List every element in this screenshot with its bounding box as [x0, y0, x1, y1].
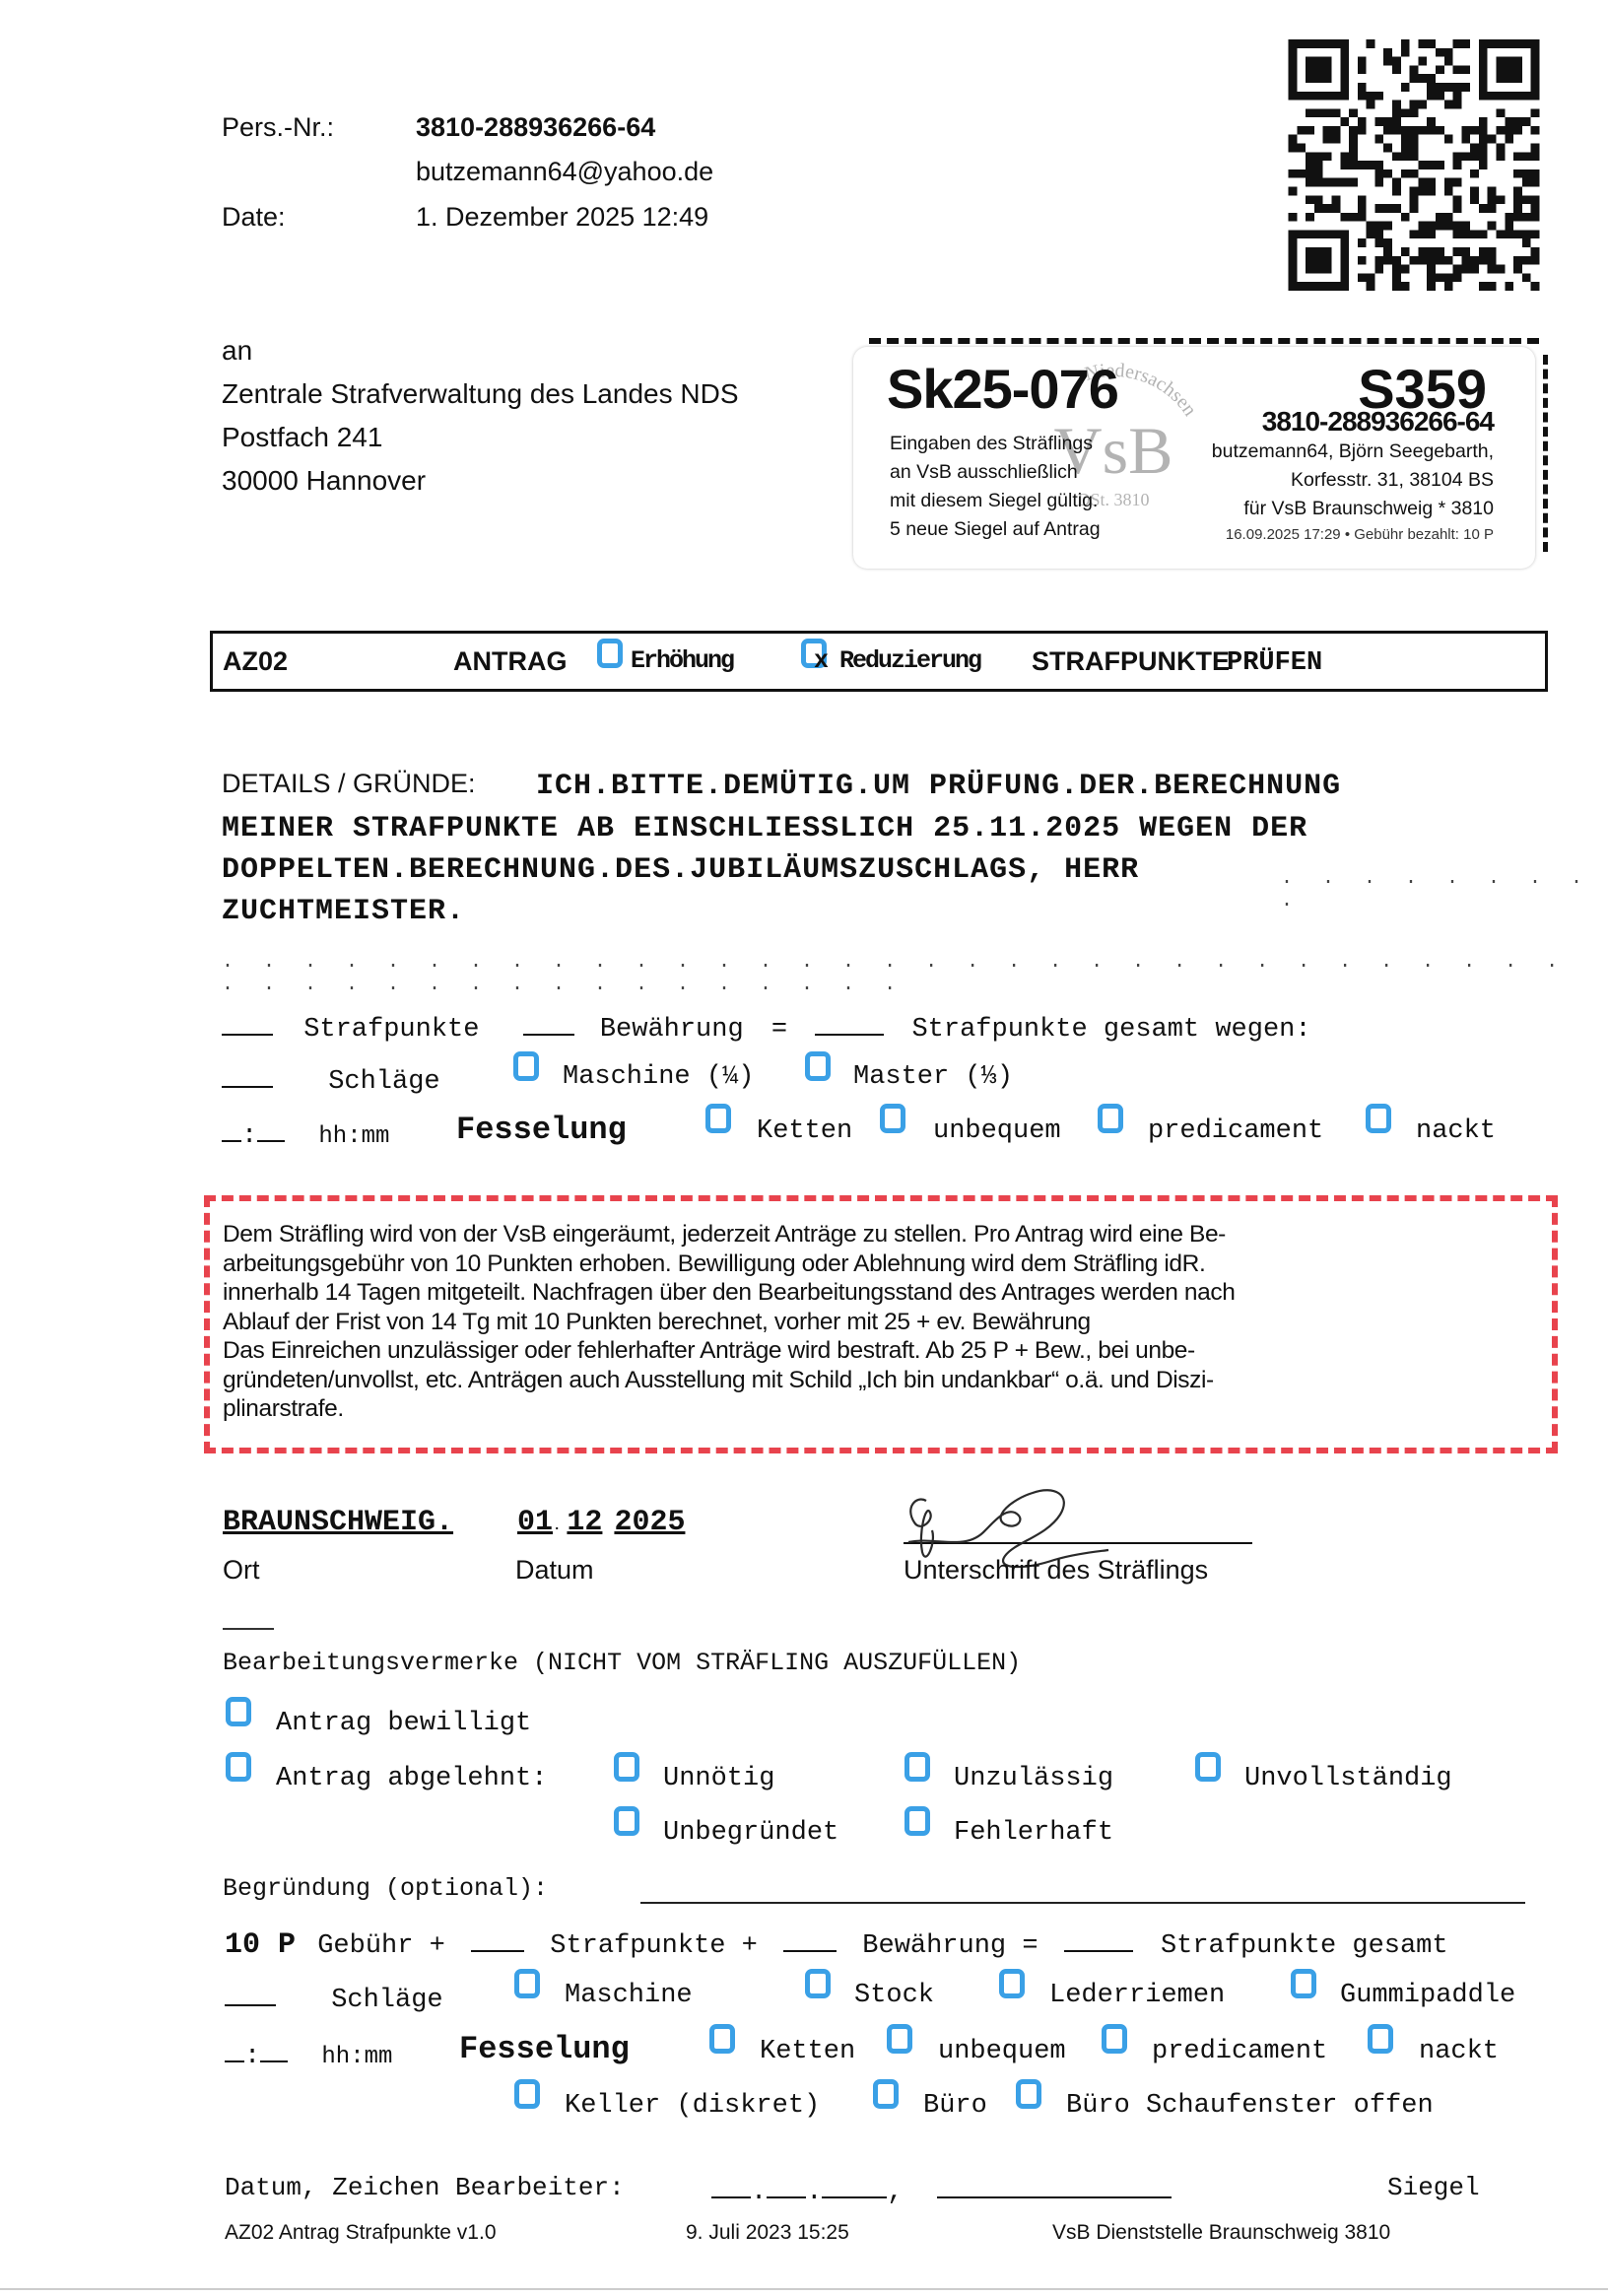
proc-schlaege-field[interactable]: [225, 1981, 276, 2006]
stamp-left-line-3: mit diesem Siegel gültig.: [890, 487, 1101, 515]
email: butzemann64@yahoo.de: [416, 157, 713, 187]
checkbox-proc-nackt[interactable]: [1368, 2024, 1393, 2054]
label-nackt: nackt: [1416, 1116, 1496, 1146]
stamp-left-line-2: an VsB ausschließlich: [890, 458, 1101, 487]
label-unbegruendet: Unbegründet: [663, 1818, 838, 1848]
label-unbequem: unbequem: [933, 1116, 1061, 1146]
checkbox-proc-predicament[interactable]: [1102, 2024, 1127, 2054]
short-divider: [223, 1628, 274, 1630]
fee-row: 10 P Gebühr + Strafpunkte + Bewährung = …: [225, 1926, 1448, 1962]
notice-line-6: gründeten/unvollst, etc. Anträgen auch A…: [223, 1366, 1543, 1395]
proc-time-row: : hh:mm: [225, 2037, 392, 2071]
signature-label: Unterschrift des Sträflings: [904, 1555, 1208, 1586]
checkbox-nackt[interactable]: [1366, 1104, 1391, 1133]
checkbox-rejected[interactable]: [226, 1752, 251, 1782]
checkbox-fehlerhaft[interactable]: [904, 1806, 930, 1836]
stamp-pers-nr: 3810-288936266-64: [1262, 406, 1494, 438]
label-unnoetig: Unnötig: [663, 1764, 774, 1793]
begruendung-label: Begründung (optional):: [223, 1874, 548, 1903]
checkbox-mark: x: [814, 646, 829, 675]
label-predicament: predicament: [1148, 1116, 1323, 1146]
title-suffix: STRAFPUNKTE: [1032, 646, 1230, 677]
checkbox-keller[interactable]: [514, 2079, 540, 2109]
label-buero: Büro: [923, 2091, 987, 2121]
checkbox-unvollstaendig[interactable]: [1195, 1752, 1221, 1782]
label-ketten: Ketten: [757, 1116, 852, 1146]
footer-office: VsB Dienststelle Braunschweig 3810: [1052, 2221, 1390, 2245]
footer-form-name: AZ02 Antrag Strafpunkte v1.0: [225, 2221, 497, 2245]
stamp-right-line-2: Korfesstr. 31, 38104 BS: [1212, 466, 1494, 495]
label-fehlerhaft: Fehlerhaft: [954, 1818, 1113, 1848]
begruendung-field[interactable]: [640, 1902, 1525, 1904]
checkbox-lederriemen[interactable]: [999, 1969, 1025, 1998]
label-lederriemen: Lederriemen: [1049, 1981, 1225, 2010]
checkbox-ketten[interactable]: [705, 1104, 731, 1133]
ort-value: BRAUNSCHWEIG.: [223, 1506, 453, 1539]
notice-line-7: plinarstrafe.: [223, 1394, 1543, 1424]
proc-minutes-field[interactable]: [260, 2037, 288, 2062]
details-line-2: MEINER STRAFPUNKTE AB EINSCHLIESSLICH 25…: [222, 812, 1307, 845]
notice-text: Dem Sträfling wird von der VsB eingeräum…: [223, 1220, 1543, 1424]
proc-gesamt-field[interactable]: [1064, 1926, 1133, 1952]
recipient-prefix: an: [222, 329, 739, 372]
label-master: Master (⅓): [853, 1062, 1013, 1092]
title-suffix2: PRÜFEN: [1227, 648, 1322, 678]
stamp-left-line-1: Eingaben des Sträflings: [890, 430, 1101, 458]
stamp-right-text: butzemann64, Björn Seegebarth,Korfesstr.…: [1212, 438, 1494, 523]
label-unvollstaendig: Unvollständig: [1244, 1764, 1452, 1793]
stamp-perforation-top: [869, 338, 1539, 344]
recipient-address: an Zentrale Strafverwaltung des Landes N…: [222, 329, 739, 503]
checkbox-erhoehung[interactable]: [597, 639, 623, 668]
empty-dotted-line: . . . . . . . . . . . . . . . . . . . . …: [222, 951, 1608, 996]
notice-line-3: innerhalb 14 Tagen mitgeteilt. Nachfrage…: [223, 1278, 1543, 1308]
pers-nr-value: 3810-288936266-64: [416, 112, 655, 143]
page-bottom-edge: [0, 2288, 1608, 2290]
label-proc-predicament: predicament: [1152, 2037, 1327, 2066]
pers-nr-label: Pers.-Nr.:: [222, 112, 334, 143]
label-proc-maschine: Maschine: [565, 1981, 693, 2010]
stamp-right-line-1: butzemann64, Björn Seegebarth,: [1212, 438, 1494, 466]
qr-code-icon: [1286, 39, 1542, 291]
datum-zeichen-field[interactable]: ..,: [711, 2173, 1172, 2207]
processing-heading: Bearbeitungsvermerke (NICHT VOM STRÄFLIN…: [223, 1649, 1021, 1677]
proc-fesselung-label: Fesselung: [459, 2031, 630, 2067]
datum-label: Datum: [515, 1555, 594, 1586]
notice-line-5: Das Einreichen unzulässiger oder fehlerh…: [223, 1336, 1543, 1366]
checkbox-unnoetig[interactable]: [614, 1752, 639, 1782]
checkbox-stock[interactable]: [805, 1969, 831, 1998]
checkbox-gummipaddle[interactable]: [1291, 1969, 1316, 1998]
proc-strafpunkte-field[interactable]: [471, 1926, 524, 1952]
checkbox-buero-schaufenster[interactable]: [1016, 2079, 1041, 2109]
checkbox-master[interactable]: [805, 1051, 831, 1081]
penalty-row-3: : hh:mm: [222, 1116, 389, 1151]
details-line-4: ZUCHTMEISTER.: [222, 895, 465, 928]
label-gummipaddle: Gummipaddle: [1340, 1981, 1515, 2010]
checkbox-proc-maschine[interactable]: [514, 1969, 540, 1998]
label-buero-schaufenster: Büro Schaufenster offen: [1066, 2091, 1434, 2121]
footer-form-date: 9. Juli 2023 15:25: [686, 2221, 849, 2245]
label-approved: Antrag bewilligt: [276, 1709, 531, 1738]
option-erhoehung: Erhöhung: [631, 646, 733, 675]
label-proc-unbequem: unbequem: [938, 2037, 1066, 2066]
notice-line-4: Ablauf der Frist von 14 Tg mit 10 Punkte…: [223, 1308, 1543, 1337]
siegel-label: Siegel: [1387, 2173, 1480, 2202]
datum-zeichen-label: Datum, Zeichen Bearbeiter:: [225, 2173, 625, 2202]
label-stock: Stock: [854, 1981, 934, 2010]
penalty-row-1: Strafpunkte Bewährung = Strafpunkte gesa…: [222, 1010, 1311, 1045]
schlaege-field[interactable]: [222, 1062, 273, 1088]
details-label: DETAILS / GRÜNDE:: [222, 769, 476, 799]
checkbox-unbequem[interactable]: [880, 1104, 905, 1133]
stamp-right-line-3: für VsB Braunschweig * 3810: [1212, 495, 1494, 523]
stamp-perforation-right: [1543, 355, 1548, 552]
label-rejected: Antrag abgelehnt:: [276, 1764, 547, 1793]
label-proc-ketten: Ketten: [760, 2037, 855, 2066]
label-maschine: Maschine (¼): [563, 1062, 754, 1092]
checkbox-unzulaessig[interactable]: [904, 1752, 930, 1782]
label-unzulaessig: Unzulässig: [954, 1764, 1113, 1793]
form-code: AZ02: [223, 646, 288, 677]
checkbox-predicament[interactable]: [1098, 1104, 1123, 1133]
checkbox-approved[interactable]: [226, 1697, 251, 1726]
date-value: 1. Dezember 2025 12:49: [416, 202, 708, 233]
minutes-field[interactable]: [257, 1116, 285, 1142]
notice-line-2: arbeitungsgebühr von 10 Punkten erhoben.…: [223, 1249, 1543, 1279]
proc-schlaege-row: Schläge: [225, 1981, 443, 2015]
ort-label: Ort: [223, 1555, 260, 1586]
label-keller: Keller (diskret): [565, 2091, 820, 2121]
checkbox-maschine[interactable]: [513, 1051, 539, 1081]
penalty-row-2: Schläge: [222, 1062, 440, 1097]
hours-field[interactable]: [222, 1116, 241, 1142]
antrag-label: ANTRAG: [453, 646, 568, 677]
datum-value: 01.122025: [517, 1506, 685, 1539]
bewaehrung-field[interactable]: [523, 1010, 574, 1036]
checkbox-unbegruendet[interactable]: [614, 1806, 639, 1836]
recipient-line1: Zentrale Strafverwaltung des Landes NDS: [222, 372, 739, 416]
proc-bewaehrung-field[interactable]: [783, 1926, 837, 1952]
recipient-line2: Postfach 241: [222, 416, 739, 459]
checkbox-proc-ketten[interactable]: [709, 2024, 735, 2054]
option-reduzierung: Reduzierung: [839, 646, 980, 675]
stamp-footer: 16.09.2025 17:29 • Gebühr bezahlt: 10 P: [1226, 526, 1494, 543]
notice-line-1: Dem Sträfling wird von der VsB eingeräum…: [223, 1220, 1543, 1249]
stamp-left-text: Eingaben des Sträflingsan VsB ausschließ…: [890, 430, 1101, 544]
details-line-1: ICH.BITTE.DEMÜTIG.UM PRÜFUNG.DER.BERECHN…: [536, 770, 1341, 803]
checkbox-proc-unbequem[interactable]: [887, 2024, 912, 2054]
fesselung-label: Fesselung: [456, 1112, 627, 1148]
stamp-left-line-4: 5 neue Siegel auf Antrag: [890, 515, 1101, 544]
gesamt-field[interactable]: [815, 1010, 884, 1036]
details-line-3: DOPPELTEN.BERECHNUNG.DES.JUBILÄUMSZUSCHL…: [222, 853, 1139, 887]
checkbox-buero[interactable]: [873, 2079, 899, 2109]
date-label: Date:: [222, 202, 286, 233]
strafpunkte-field[interactable]: [222, 1010, 273, 1036]
proc-hours-field[interactable]: [225, 2037, 244, 2062]
stamp-code: Sk25-076: [887, 357, 1118, 421]
recipient-line3: 30000 Hannover: [222, 459, 739, 503]
label-proc-nackt: nackt: [1419, 2037, 1499, 2066]
